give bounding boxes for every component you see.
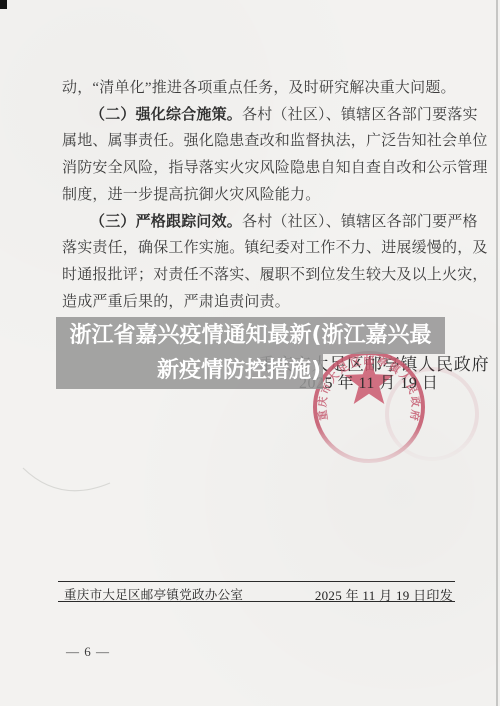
body-line: 制度，进一步提高抗御火灾风险能力。: [62, 182, 446, 209]
page-number: — 6 —: [66, 644, 110, 660]
scan-corner-mark: [0, 0, 7, 9]
headline-banner: 浙江省嘉兴疫情通知最新(浙江嘉兴最 新疫情防控措施): [56, 317, 445, 389]
body-line: 落实责任，确保工作实施。镇纪委对工作不力、进展缓慢的，及: [62, 235, 446, 262]
headline-line1: 浙江省嘉兴疫情通知最新(浙江嘉兴最: [56, 317, 445, 354]
scanned-document-page: 动，“清单化”推进各项重点任务，及时研究解决重大问题。（二）强化综合施策。各村（…: [0, 0, 500, 706]
body-line: 动，“清单化”推进各项重点任务，及时研究解决重大问题。: [62, 75, 446, 102]
body-line: 造成严重后果的，严肃追责问责。: [62, 289, 446, 316]
body-line: 属地、属事责任。强化隐患查改和监督执法，广泛告知社会单位: [62, 128, 446, 155]
headline-line2: 新疫情防控措施): [56, 354, 323, 389]
body-line: 消防安全风险，指导落实火灾风险隐患自知自查自改和公示管理: [62, 155, 446, 182]
scan-edge-line: [496, 0, 498, 706]
document-body: 动，“清单化”推进各项重点任务，及时研究解决重大问题。（二）强化综合施策。各村（…: [62, 75, 446, 315]
footer-rule-top: [58, 581, 455, 582]
body-line: （二）强化综合施策。各村（社区）、镇辖区各部门要落实: [62, 102, 446, 129]
scan-arc-artifact: [10, 440, 130, 510]
footer-rule-bottom: [58, 601, 455, 602]
body-line: （三）严格跟踪问效。各村（社区）、镇辖区各部门要严格: [62, 209, 446, 236]
body-line: 时通报批评；对责任不落实、履职不到位发生较大及以上火灾，: [62, 262, 446, 289]
